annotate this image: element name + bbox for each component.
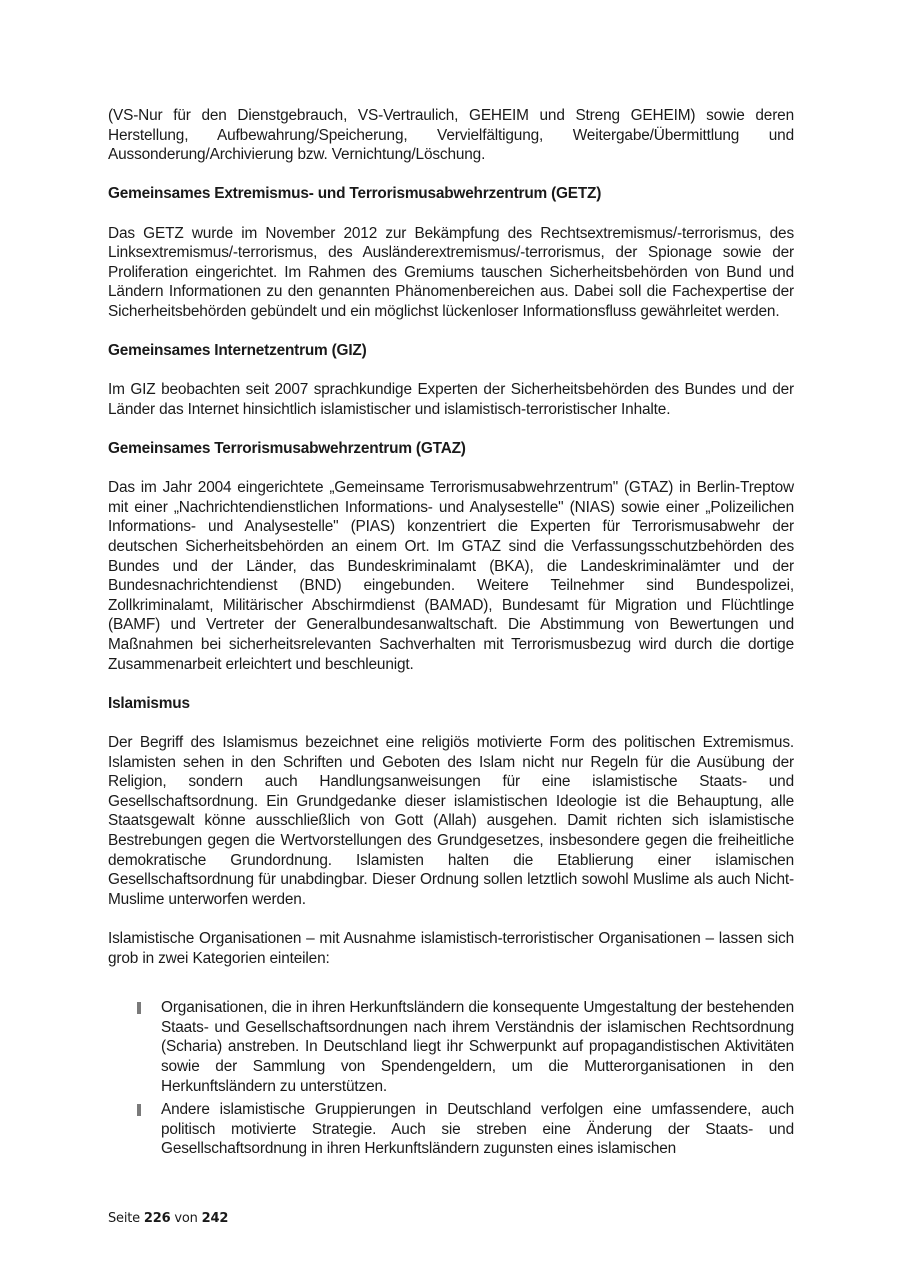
paragraph-gtaz: Das im Jahr 2004 eingerichtete „Gemeinsa… xyxy=(108,478,794,674)
section-gtaz: Gemeinsames Terrorismusabwehrzentrum (GT… xyxy=(108,439,794,694)
current-page-number: 226 xyxy=(144,1211,171,1226)
category-list: Organisationen, die in ihren Herkunftslä… xyxy=(108,998,794,1159)
section-heading-giz: Gemeinsames Internetzentrum (GIZ) xyxy=(108,341,794,361)
paragraph-islamismus-definition: Der Begriff des Islamismus bezeichnet ei… xyxy=(108,733,794,909)
section-heading-islamismus: Islamismus xyxy=(108,694,794,714)
page-footer: Seite 226 von 242 xyxy=(108,1211,228,1226)
bullet-bar-icon xyxy=(137,1104,141,1116)
section-getz: Gemeinsames Extremismus- und Terrorismus… xyxy=(108,184,794,341)
intro-paragraph: (VS-Nur für den Dienstgebrauch, VS-Vertr… xyxy=(108,106,794,165)
list-item-text: Andere islamistische Gruppierungen in De… xyxy=(161,1100,794,1159)
section-islamismus: Islamismus Der Begriff des Islamismus be… xyxy=(108,694,794,1159)
paragraph-giz: Im GIZ beobachten seit 2007 sprachkundig… xyxy=(108,380,794,419)
paragraph-getz: Das GETZ wurde im November 2012 zur Bekä… xyxy=(108,224,794,322)
page-separator: von xyxy=(174,1211,197,1226)
total-page-count: 242 xyxy=(202,1211,229,1226)
section-heading-gtaz: Gemeinsames Terrorismusabwehrzentrum (GT… xyxy=(108,439,794,459)
document-page: (VS-Nur für den Dienstgebrauch, VS-Vertr… xyxy=(108,106,794,1163)
list-item-text: Organisationen, die in ihren Herkunftslä… xyxy=(161,998,794,1096)
list-item: Organisationen, die in ihren Herkunftslä… xyxy=(108,998,794,1096)
page-label: Seite xyxy=(108,1211,140,1226)
section-giz: Gemeinsames Internetzentrum (GIZ) Im GIZ… xyxy=(108,341,794,439)
list-item: Andere islamistische Gruppierungen in De… xyxy=(108,1100,794,1159)
section-heading-getz: Gemeinsames Extremismus- und Terrorismus… xyxy=(108,184,794,204)
paragraph-islamismus-categories: Islamistische Organisationen – mit Ausna… xyxy=(108,929,794,968)
bullet-bar-icon xyxy=(137,1002,141,1014)
